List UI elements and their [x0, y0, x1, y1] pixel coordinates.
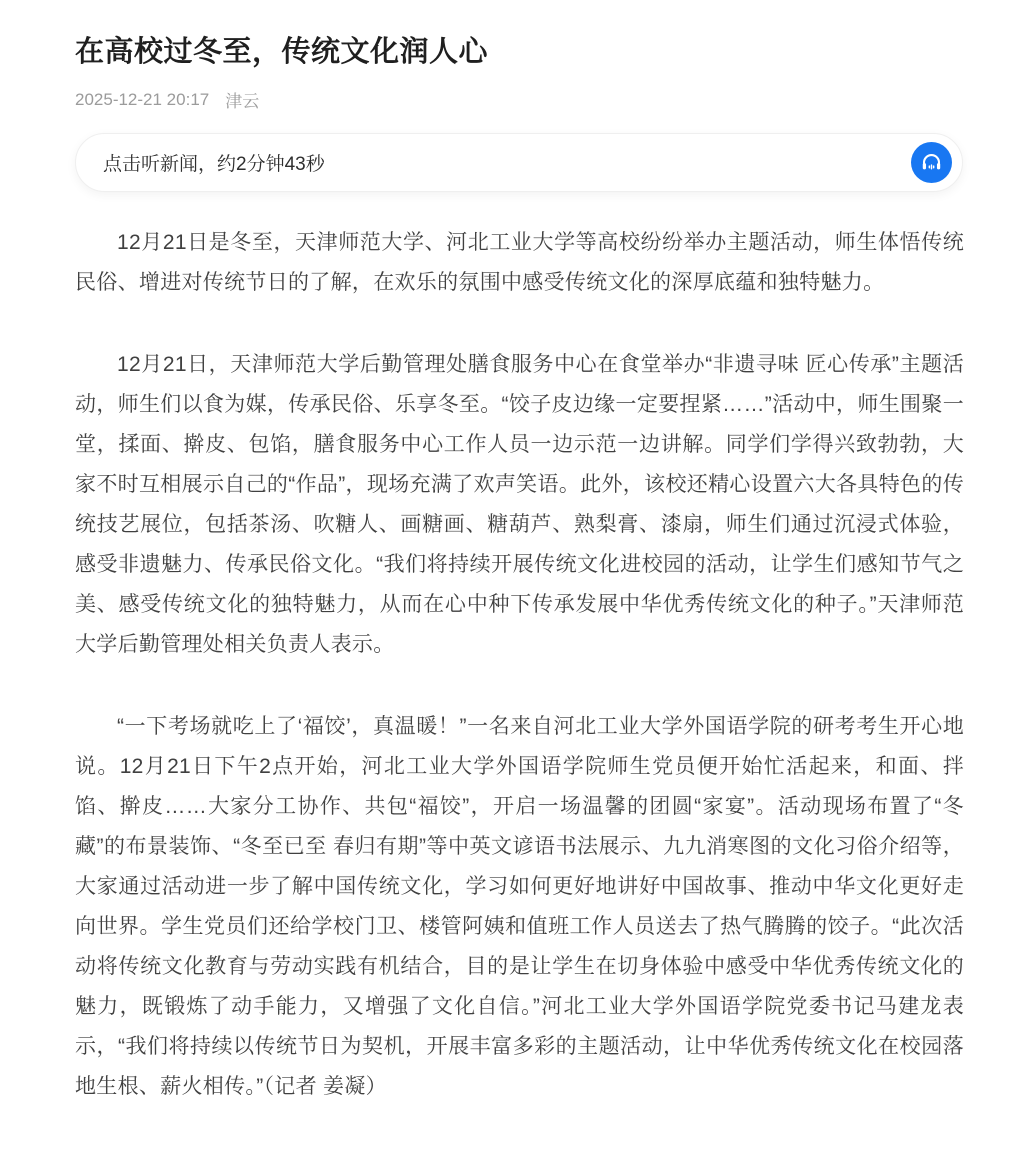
article-paragraph: 12月21日，天津师范大学后勤管理处膳食服务中心在食堂举办“非遗寻味 匠心传承”… [75, 345, 964, 665]
source-name: 津云 [225, 87, 259, 112]
article-title: 在高校过冬至，传统文化润人心 [75, 33, 964, 72]
article-body: 12月21日是冬至，天津师范大学、河北工业大学等高校纷纷举办主题活动，师生体悟传… [75, 223, 964, 1107]
listen-news-bar[interactable]: 点击听新闻，约2分钟43秒 [75, 133, 963, 192]
play-audio-button[interactable] [911, 142, 952, 183]
article-paragraph: “一下考场就吃上了‘福饺’，真温暖！”一名来自河北工业大学外国语学院的研考考生开… [75, 707, 964, 1107]
publish-time: 2025-12-21 20:17 [75, 90, 209, 110]
article-meta: 2025-12-21 20:17 津云 [75, 87, 964, 112]
article-paragraph: 12月21日是冬至，天津师范大学、河北工业大学等高校纷纷举办主题活动，师生体悟传… [75, 223, 964, 303]
listen-news-label: 点击听新闻，约2分钟43秒 [103, 149, 325, 176]
headphones-icon [920, 151, 943, 174]
article-page: 在高校过冬至，传统文化润人心 2025-12-21 20:17 津云 点击听新闻… [0, 0, 1024, 1169]
